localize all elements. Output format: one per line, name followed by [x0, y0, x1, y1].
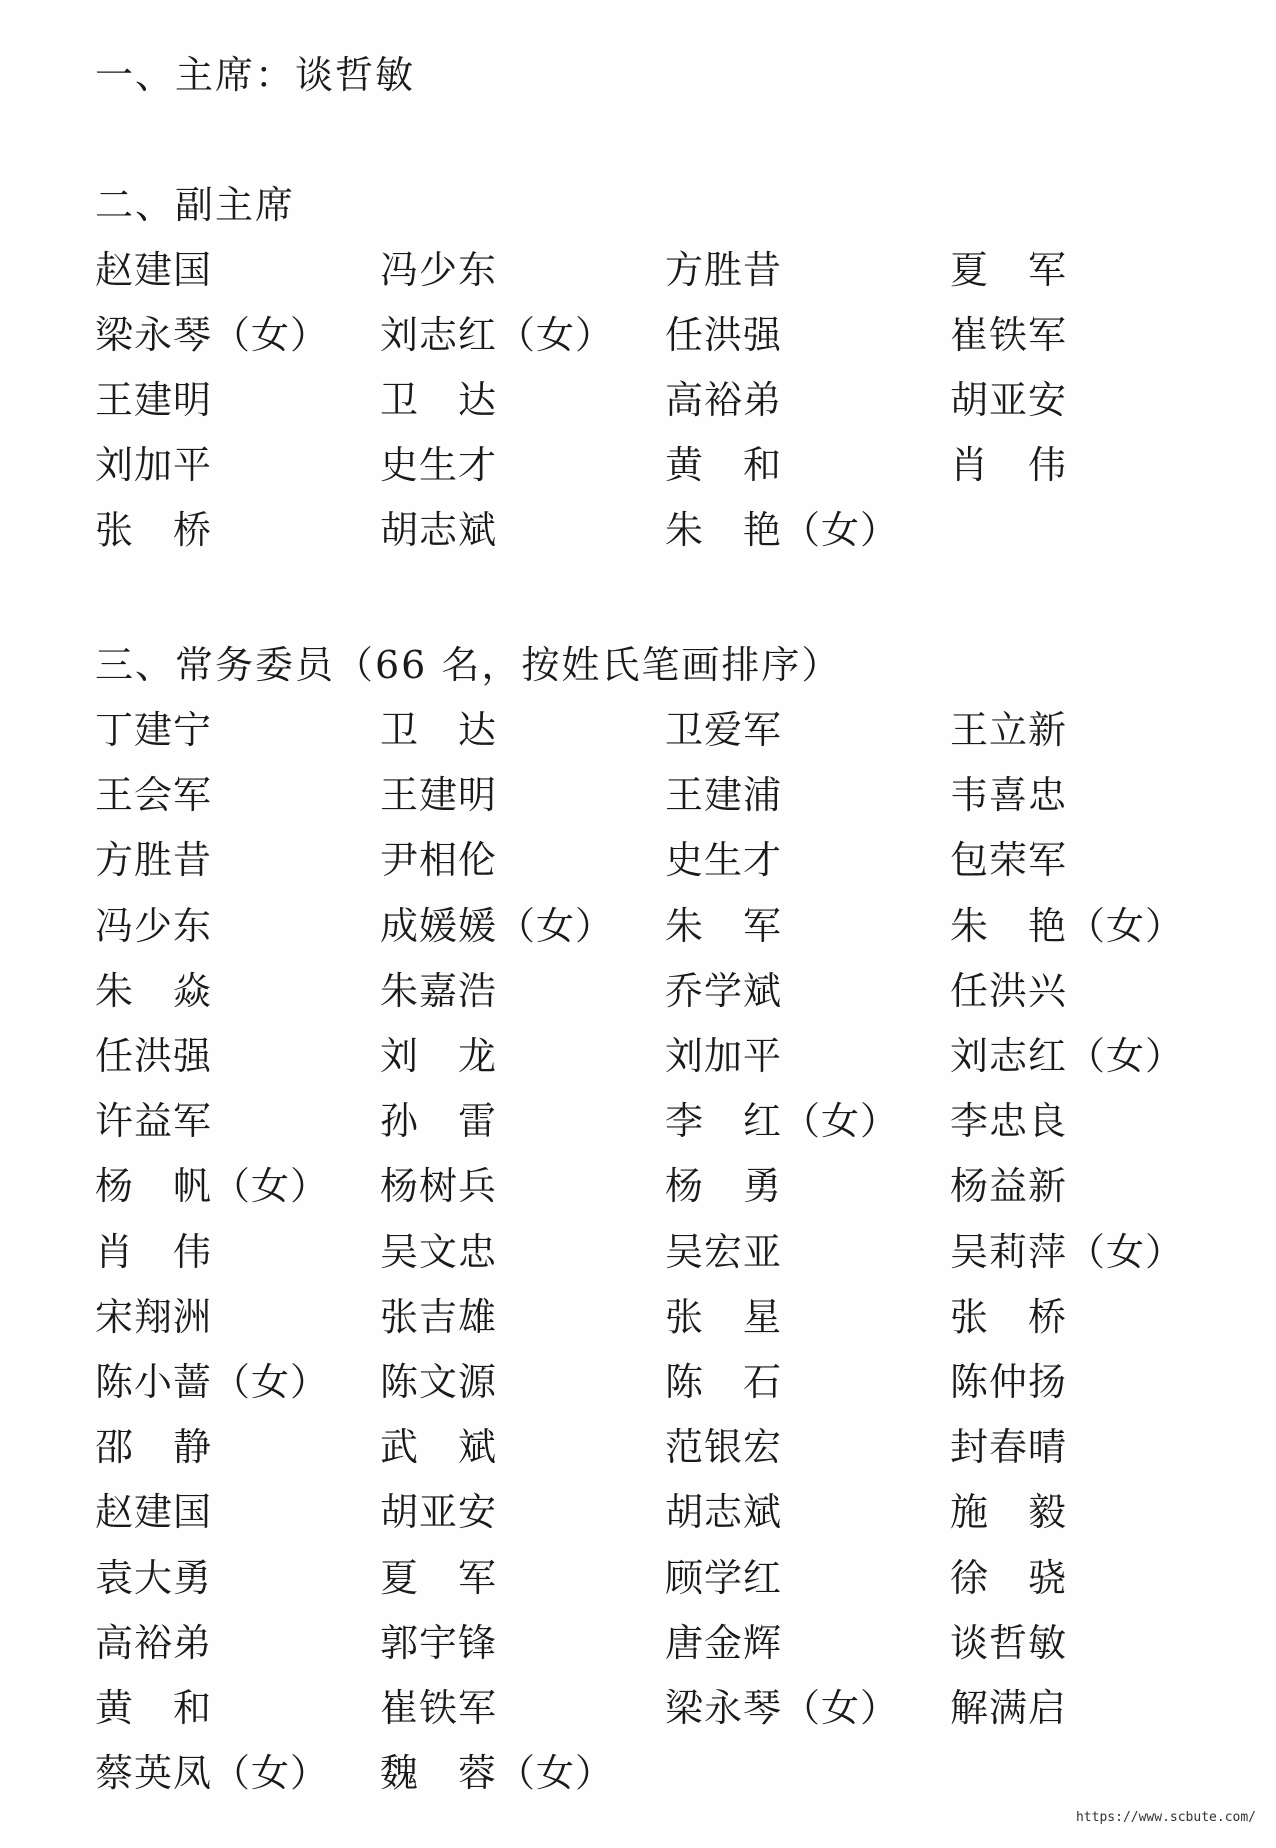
person-name: 孙 雷	[380, 1098, 497, 1144]
person-name: 刘加平	[95, 442, 212, 488]
name-row: 任洪强刘 龙刘加平刘志红（女）	[0, 1033, 1276, 1079]
person-name: 许益军	[95, 1098, 212, 1144]
person-name: 朱 艳（女）	[665, 507, 899, 553]
person-name: 郭宇锋	[380, 1620, 497, 1666]
name-row: 赵建国冯少东方胜昔夏 军	[0, 247, 1276, 293]
watermark: https://www.scbute.com/	[1076, 1810, 1256, 1825]
person-name: 任洪强	[95, 1033, 212, 1079]
person-name: 朱 艳（女）	[950, 903, 1184, 949]
person-name: 崔铁军	[950, 312, 1067, 358]
person-name: 封春晴	[950, 1424, 1067, 1470]
chairman-line: 一、主席：谈哲敏	[95, 52, 415, 98]
person-name: 胡志斌	[665, 1489, 782, 1535]
person-name: 张 桥	[950, 1294, 1067, 1340]
person-name: 黄 和	[665, 442, 782, 488]
person-name: 刘 龙	[380, 1033, 497, 1079]
person-name: 魏 蓉（女）	[380, 1750, 614, 1796]
person-name: 王建浦	[665, 772, 782, 818]
person-name: 高裕弟	[95, 1620, 212, 1666]
person-name: 徐 骁	[950, 1555, 1067, 1601]
person-name: 宋翔洲	[95, 1294, 212, 1340]
person-name: 黄 和	[95, 1685, 212, 1731]
name-row: 黄 和崔铁军梁永琴（女）解满启	[0, 1685, 1276, 1731]
person-name: 杨 勇	[665, 1163, 782, 1209]
person-name: 张 星	[665, 1294, 782, 1340]
name-row: 方胜昔尹相伦史生才包荣军	[0, 837, 1276, 883]
person-name: 肖 伟	[95, 1229, 212, 1275]
person-name: 高裕弟	[665, 377, 782, 423]
person-name: 谈哲敏	[950, 1620, 1067, 1666]
name-row: 丁建宁卫 达卫爱军王立新	[0, 707, 1276, 753]
vice-chairmen-title: 二、副主席	[95, 182, 295, 228]
person-name: 杨 帆（女）	[95, 1163, 329, 1209]
person-name: 卫 达	[380, 707, 497, 753]
person-name: 史生才	[665, 837, 782, 883]
person-name: 顾学红	[665, 1555, 782, 1601]
person-name: 丁建宁	[95, 707, 212, 753]
person-name: 胡志斌	[380, 507, 497, 553]
person-name: 陈仲扬	[950, 1359, 1067, 1405]
person-name: 夏 军	[950, 247, 1067, 293]
person-name: 刘志红（女）	[950, 1033, 1184, 1079]
person-name: 范银宏	[665, 1424, 782, 1470]
person-name: 尹相伦	[380, 837, 497, 883]
person-name: 吴莉萍（女）	[950, 1229, 1184, 1275]
name-row: 袁大勇夏 军顾学红徐 骁	[0, 1555, 1276, 1601]
person-name: 刘加平	[665, 1033, 782, 1079]
person-name: 方胜昔	[95, 837, 212, 883]
name-row: 邵 静武 斌范银宏封春晴	[0, 1424, 1276, 1470]
person-name: 卫 达	[380, 377, 497, 423]
person-name: 袁大勇	[95, 1555, 212, 1601]
person-name: 包荣军	[950, 837, 1067, 883]
person-name: 史生才	[380, 442, 497, 488]
person-name: 杨益新	[950, 1163, 1067, 1209]
person-name: 解满启	[950, 1685, 1067, 1731]
name-row: 王会军王建明王建浦韦喜忠	[0, 772, 1276, 818]
name-row: 许益军孙 雷李 红（女）李忠良	[0, 1098, 1276, 1144]
name-row: 蔡英凤（女）魏 蓉（女）	[0, 1750, 1276, 1796]
person-name: 王建明	[95, 377, 212, 423]
name-row: 高裕弟郭宇锋唐金辉谈哲敏	[0, 1620, 1276, 1666]
person-name: 蔡英凤（女）	[95, 1750, 329, 1796]
person-name: 任洪强	[665, 312, 782, 358]
name-row: 梁永琴（女）刘志红（女）任洪强崔铁军	[0, 312, 1276, 358]
person-name: 唐金辉	[665, 1620, 782, 1666]
person-name: 王会军	[95, 772, 212, 818]
person-name: 刘志红（女）	[380, 312, 614, 358]
person-name: 陈文源	[380, 1359, 497, 1405]
person-name: 赵建国	[95, 247, 212, 293]
person-name: 王建明	[380, 772, 497, 818]
person-name: 胡亚安	[950, 377, 1067, 423]
person-name: 方胜昔	[665, 247, 782, 293]
person-name: 成媛媛（女）	[380, 903, 614, 949]
person-name: 王立新	[950, 707, 1067, 753]
name-row: 陈小蔷（女）陈文源陈 石陈仲扬	[0, 1359, 1276, 1405]
person-name: 陈 石	[665, 1359, 782, 1405]
person-name: 任洪兴	[950, 968, 1067, 1014]
standing-members-title: 三、常务委员（66 名，按姓氏笔画排序）	[95, 642, 841, 688]
person-name: 崔铁军	[380, 1685, 497, 1731]
name-row: 肖 伟吴文忠吴宏亚吴莉萍（女）	[0, 1229, 1276, 1275]
person-name: 李 红（女）	[665, 1098, 899, 1144]
name-row: 赵建国胡亚安胡志斌施 毅	[0, 1489, 1276, 1535]
person-name: 赵建国	[95, 1489, 212, 1535]
person-name: 杨树兵	[380, 1163, 497, 1209]
person-name: 夏 军	[380, 1555, 497, 1601]
name-row: 张 桥胡志斌朱 艳（女）	[0, 507, 1276, 553]
person-name: 冯少东	[380, 247, 497, 293]
name-row: 王建明卫 达高裕弟胡亚安	[0, 377, 1276, 423]
person-name: 朱 焱	[95, 968, 212, 1014]
name-row: 朱 焱朱嘉浩乔学斌任洪兴	[0, 968, 1276, 1014]
person-name: 施 毅	[950, 1489, 1067, 1535]
person-name: 梁永琴（女）	[95, 312, 329, 358]
person-name: 朱 军	[665, 903, 782, 949]
person-name: 张吉雄	[380, 1294, 497, 1340]
person-name: 李忠良	[950, 1098, 1067, 1144]
person-name: 邵 静	[95, 1424, 212, 1470]
person-name: 乔学斌	[665, 968, 782, 1014]
person-name: 朱嘉浩	[380, 968, 497, 1014]
person-name: 胡亚安	[380, 1489, 497, 1535]
person-name: 冯少东	[95, 903, 212, 949]
name-row: 杨 帆（女）杨树兵杨 勇杨益新	[0, 1163, 1276, 1209]
person-name: 韦喜忠	[950, 772, 1067, 818]
person-name: 武 斌	[380, 1424, 497, 1470]
name-row: 宋翔洲张吉雄张 星张 桥	[0, 1294, 1276, 1340]
name-row: 冯少东成媛媛（女）朱 军朱 艳（女）	[0, 903, 1276, 949]
person-name: 吴文忠	[380, 1229, 497, 1275]
person-name: 梁永琴（女）	[665, 1685, 899, 1731]
person-name: 卫爱军	[665, 707, 782, 753]
person-name: 肖 伟	[950, 442, 1067, 488]
person-name: 陈小蔷（女）	[95, 1359, 329, 1405]
person-name: 张 桥	[95, 507, 212, 553]
person-name: 吴宏亚	[665, 1229, 782, 1275]
name-row: 刘加平史生才黄 和肖 伟	[0, 442, 1276, 488]
